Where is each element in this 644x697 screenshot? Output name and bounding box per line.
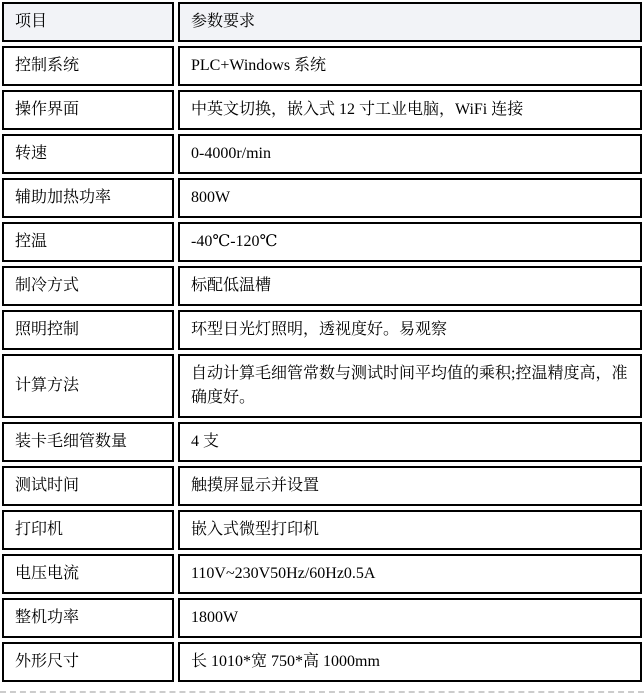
row-label-cell: 装卡毛细管数量 — [2, 422, 174, 462]
row-label-cell: 测试时间 — [2, 466, 174, 506]
row-value-cell: -40℃-120℃ — [178, 222, 642, 262]
row-label-cell: 制冷方式 — [2, 266, 174, 306]
row-value-cell: 110V~230V50Hz/60Hz0.5A — [178, 554, 642, 594]
row-label-cell: 打印机 — [2, 510, 174, 550]
table-row: 外形尺寸 长 1010*宽 750*高 1000mm — [2, 642, 642, 682]
table-row: 制冷方式 标配低温槽 — [2, 266, 642, 306]
spec-table: 项目 参数要求 控制系统 PLC+Windows 系统 操作界面 中英文切换，嵌… — [0, 0, 644, 686]
table-row: 测试时间 触摸屏显示并设置 — [2, 466, 642, 506]
table-row: 控温 -40℃-120℃ — [2, 222, 642, 262]
row-value-cell: 中英文切换，嵌入式 12 寸工业电脑，WiFi 连接 — [178, 90, 642, 130]
header-cell-item: 项目 — [2, 2, 174, 42]
row-label-cell: 照明控制 — [2, 310, 174, 350]
table-row: 打印机 嵌入式微型打印机 — [2, 510, 642, 550]
row-label-cell: 控制系统 — [2, 46, 174, 86]
row-value-cell: PLC+Windows 系统 — [178, 46, 642, 86]
row-label-cell: 转速 — [2, 134, 174, 174]
table-row: 辅助加热功率 800W — [2, 178, 642, 218]
table-row: 操作界面 中英文切换，嵌入式 12 寸工业电脑，WiFi 连接 — [2, 90, 642, 130]
row-label-cell: 控温 — [2, 222, 174, 262]
row-value-cell: 自动计算毛细管常数与测试时间平均值的乘积;控温精度高，准确度好。 — [178, 354, 642, 418]
row-label-cell: 外形尺寸 — [2, 642, 174, 682]
row-label-cell: 操作界面 — [2, 90, 174, 130]
table-row: 控制系统 PLC+Windows 系统 — [2, 46, 642, 86]
table-row: 照明控制 环型日光灯照明，透视度好。易观察 — [2, 310, 642, 350]
row-value-cell: 长 1010*宽 750*高 1000mm — [178, 642, 642, 682]
row-label-cell: 计算方法 — [2, 354, 174, 418]
spec-table-body: 控制系统 PLC+Windows 系统 操作界面 中英文切换，嵌入式 12 寸工… — [2, 46, 642, 682]
row-label-cell: 电压电流 — [2, 554, 174, 594]
row-value-cell: 4 支 — [178, 422, 642, 462]
row-value-cell: 800W — [178, 178, 642, 218]
row-value-cell: 标配低温槽 — [178, 266, 642, 306]
page-break-dashed-line — [0, 691, 644, 693]
row-label-cell: 整机功率 — [2, 598, 174, 638]
spec-table-head: 项目 参数要求 — [2, 2, 642, 42]
table-row: 整机功率 1800W — [2, 598, 642, 638]
table-row: 转速 0-4000r/min — [2, 134, 642, 174]
header-cell-params: 参数要求 — [178, 2, 642, 42]
row-value-cell: 触摸屏显示并设置 — [178, 466, 642, 506]
table-row: 电压电流 110V~230V50Hz/60Hz0.5A — [2, 554, 642, 594]
table-row: 装卡毛细管数量 4 支 — [2, 422, 642, 462]
table-row: 计算方法 自动计算毛细管常数与测试时间平均值的乘积;控温精度高，准确度好。 — [2, 354, 642, 418]
document-page: 项目 参数要求 控制系统 PLC+Windows 系统 操作界面 中英文切换，嵌… — [0, 0, 644, 695]
table-header-row: 项目 参数要求 — [2, 2, 642, 42]
row-label-cell: 辅助加热功率 — [2, 178, 174, 218]
row-value-cell: 1800W — [178, 598, 642, 638]
row-value-cell: 0-4000r/min — [178, 134, 642, 174]
row-value-cell: 嵌入式微型打印机 — [178, 510, 642, 550]
row-value-cell: 环型日光灯照明，透视度好。易观察 — [178, 310, 642, 350]
